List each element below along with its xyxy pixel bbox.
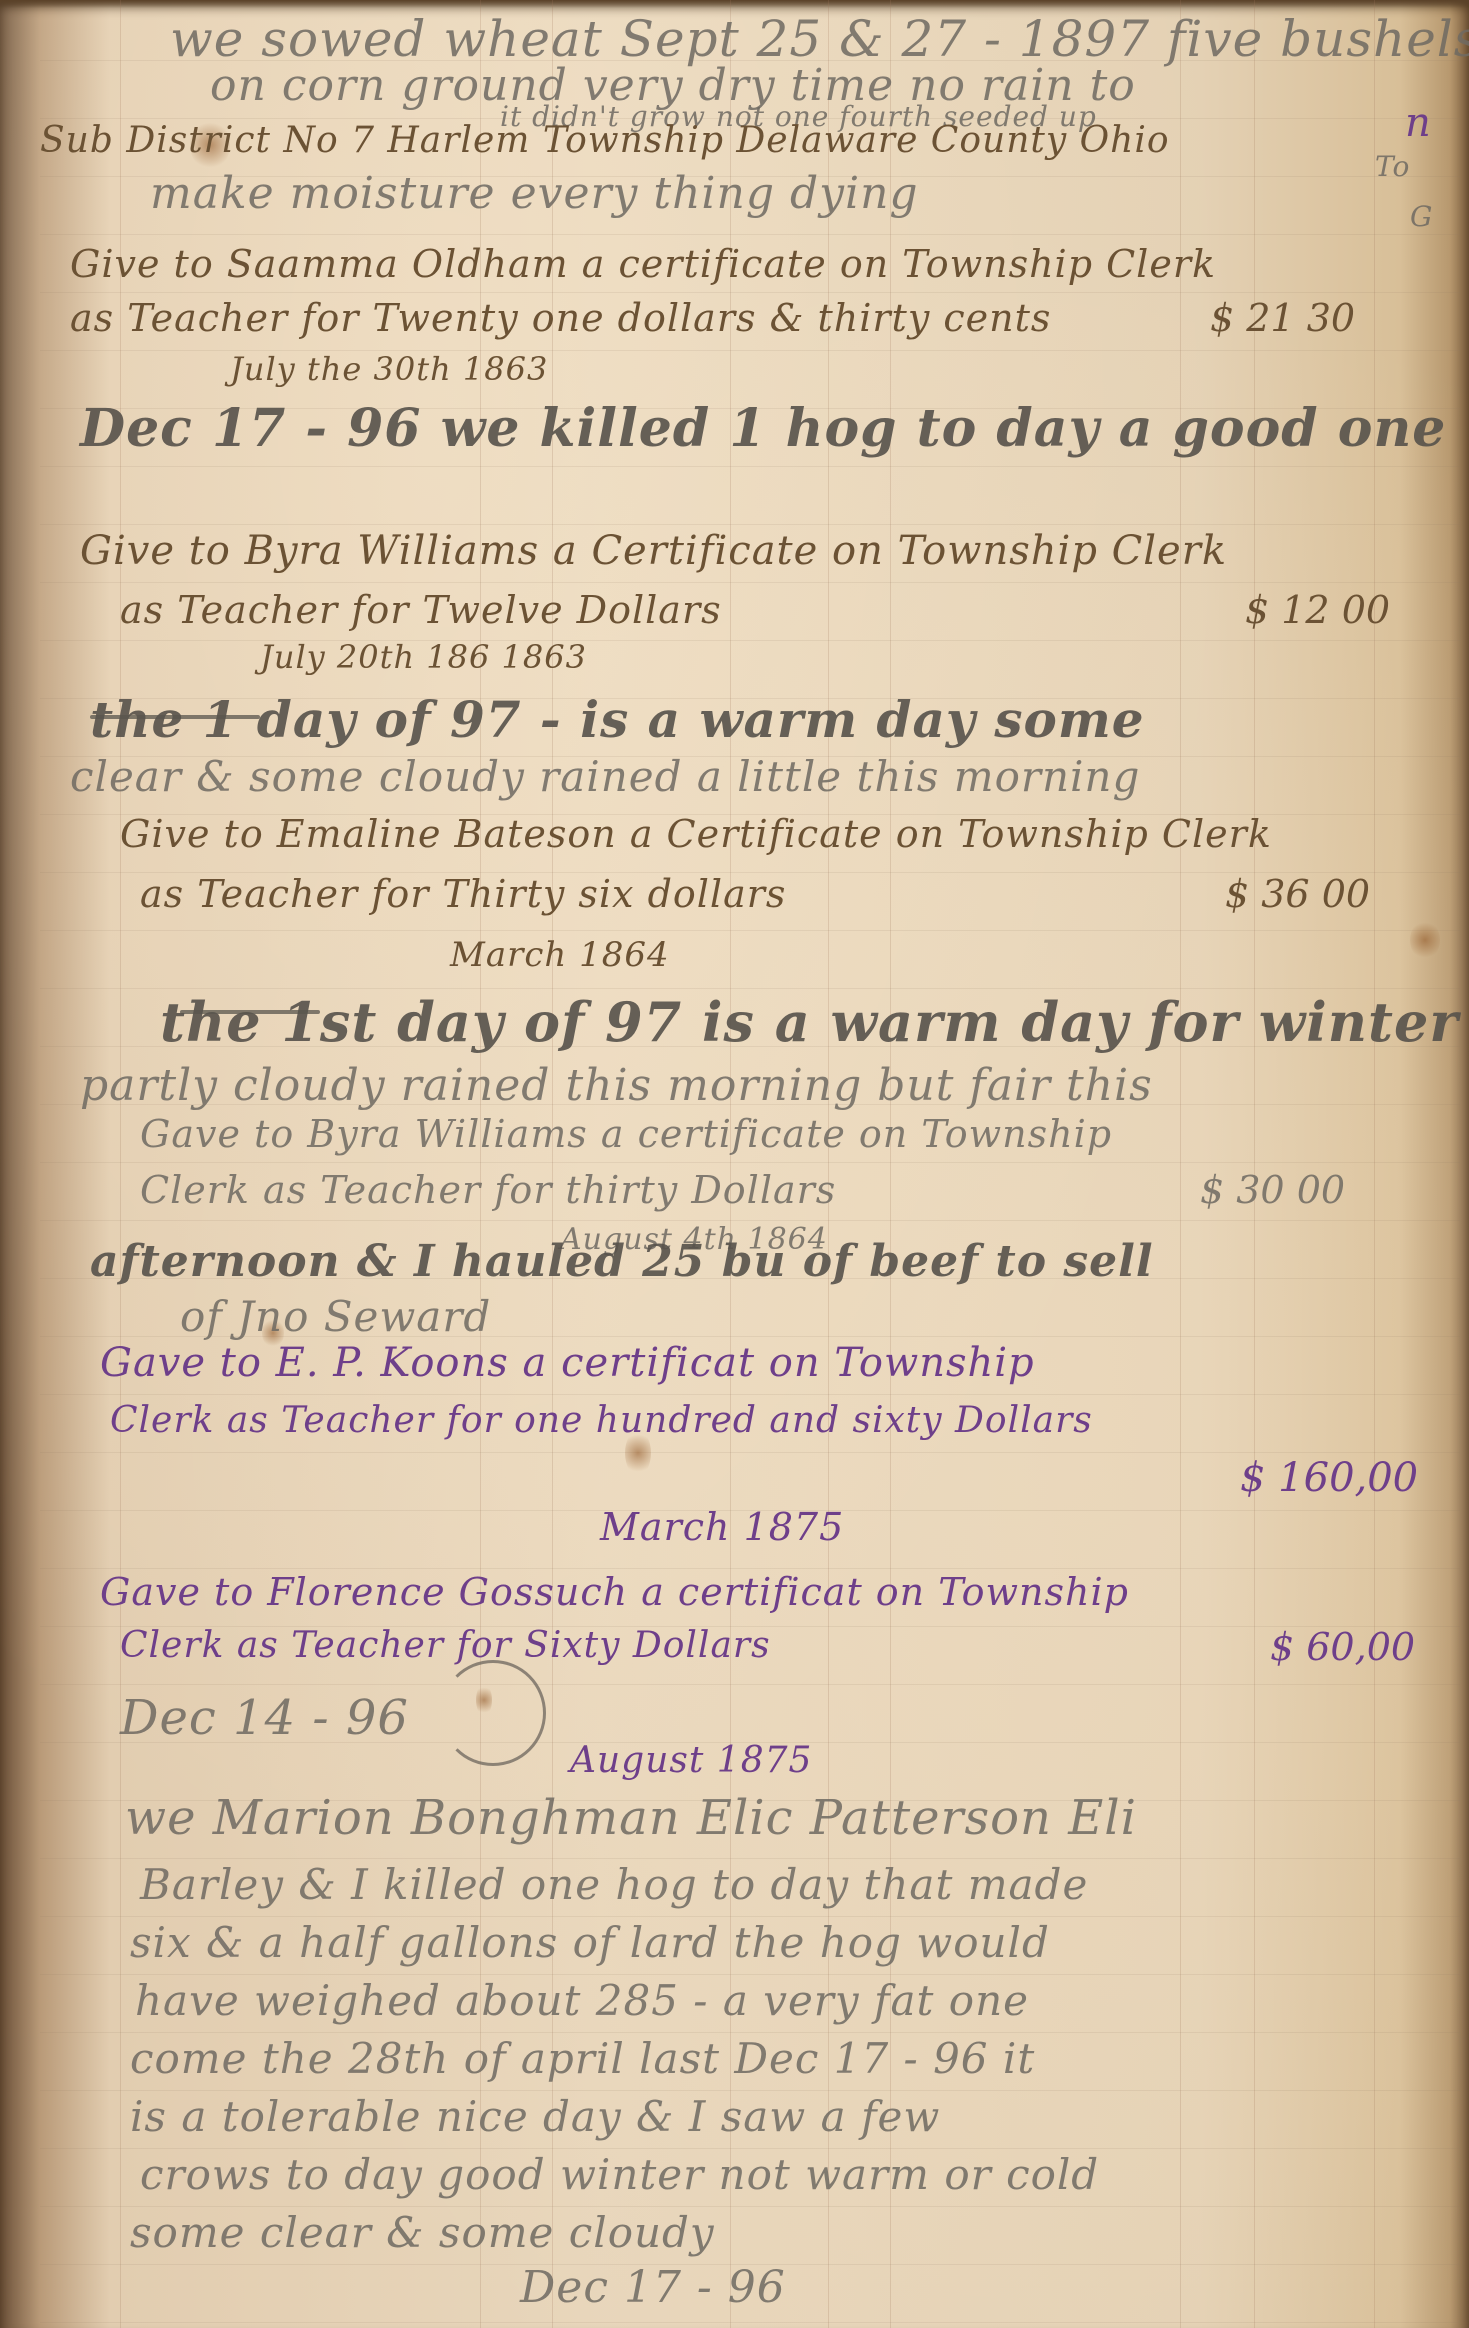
ruled-line xyxy=(40,1220,1460,1221)
ruled-line xyxy=(40,1452,1460,1453)
page-top-edge xyxy=(0,0,1469,8)
circle-mark xyxy=(440,1660,546,1766)
entry-line: partly cloudy rained this morning but fa… xyxy=(80,1060,1153,1111)
entry-line: Gave to Byra Williams a certificate on T… xyxy=(140,1112,1112,1156)
entry-line: as Teacher for Thirty six dollars xyxy=(140,872,786,916)
strike-through xyxy=(180,1010,320,1014)
entry-line: Dec 14 - 96 xyxy=(120,1690,409,1746)
ledger-page: we sowed wheat Sept 25 & 27 - 1897 five … xyxy=(0,0,1469,2328)
entry-line: Gave to Florence Gossuch a certificat on… xyxy=(100,1570,1129,1614)
entry-line: some clear & some cloudy xyxy=(130,2208,715,2257)
entry-amount: $ 36 00 xyxy=(1225,872,1370,916)
ruled-line xyxy=(40,2032,1460,2033)
entry-line: as Teacher for Twenty one dollars & thir… xyxy=(70,296,1051,340)
ruled-line xyxy=(40,1568,1460,1569)
entry-date: August 1875 xyxy=(570,1740,812,1781)
entry-line: clear & some cloudy rained a little this… xyxy=(70,752,1140,801)
entry-line: Clerk as Teacher for one hundred and six… xyxy=(110,1400,1093,1441)
entry-amount: $ 21 30 xyxy=(1210,296,1355,340)
entry-line: the 1st day of 97 is a warm day for wint… xyxy=(160,990,1459,1054)
ruled-line xyxy=(40,930,1460,931)
entry-line: we Marion Bonghman Elic Patterson Eli xyxy=(125,1790,1137,1846)
entry-line: is a tolerable nice day & I saw a few xyxy=(130,2092,940,2141)
ruled-line xyxy=(40,2206,1460,2207)
ruled-line xyxy=(40,582,1460,583)
entry-date: July 20th 186 1863 xyxy=(260,638,587,676)
stain xyxy=(1410,920,1440,960)
ruled-line xyxy=(40,2090,1460,2091)
entry-line: Give to Byra Williams a Certificate on T… xyxy=(80,528,1227,574)
entry-line: afternoon & I hauled 25 bu of beef to se… xyxy=(90,1236,1154,1287)
entry-amount: $ 160,00 xyxy=(1240,1455,1418,1501)
entry-line: as Teacher for Twelve Dollars xyxy=(120,588,722,632)
ruled-line xyxy=(40,1684,1460,1685)
entry-amount: $ 60,00 xyxy=(1270,1625,1415,1669)
entry-line: Gave to E. P. Koons a certificat on Town… xyxy=(100,1340,1035,1386)
entry-amount: $ 30 00 xyxy=(1200,1168,1345,1212)
ruled-line xyxy=(40,1858,1460,1859)
ruled-line xyxy=(40,1974,1460,1975)
ruled-line xyxy=(40,1162,1460,1163)
ruled-line xyxy=(40,2322,1460,2323)
ruled-line xyxy=(40,988,1460,989)
margin-mark: G xyxy=(1410,200,1433,233)
entry-line: Give to Emaline Bateson a Certificate on… xyxy=(120,812,1272,856)
entry-line: have weighed about 285 - a very fat one xyxy=(135,1976,1029,2025)
entry-line: Dec 17 - 96 we killed 1 hog to day a goo… xyxy=(80,398,1446,459)
entry-line: Barley & I killed one hog to day that ma… xyxy=(140,1860,1088,1909)
entry-line: Give to Saamma Oldham a certificate on T… xyxy=(70,242,1216,286)
ruled-line xyxy=(40,2148,1460,2149)
entry-line: make moisture every thing dying xyxy=(150,168,919,219)
entry-line: six & a half gallons of lard the hog wou… xyxy=(130,1918,1050,1967)
ruled-line xyxy=(40,524,1460,525)
entry-line: come the 28th of april last Dec 17 - 96 … xyxy=(130,2034,1035,2083)
entry-date: July the 30th 1863 xyxy=(230,350,548,388)
ruled-line xyxy=(40,234,1460,235)
strike-through xyxy=(90,715,260,719)
entry-line: Clerk as Teacher for thirty Dollars xyxy=(140,1168,836,1212)
entry-line: the 1 day of 97 - is a warm day some xyxy=(90,690,1145,749)
margin-mark: n xyxy=(1405,100,1432,146)
signature-date: Dec 17 - 96 xyxy=(520,2262,786,2313)
margin-mark: To xyxy=(1375,150,1410,183)
entry-amount: $ 12 00 xyxy=(1245,588,1390,632)
entry-line: Clerk as Teacher for Sixty Dollars xyxy=(120,1625,771,1666)
ruled-line xyxy=(40,1394,1460,1395)
entry-line: of Jno Seward xyxy=(180,1292,491,1341)
ruled-line xyxy=(40,1916,1460,1917)
entry-line: crows to day good winter not warm or col… xyxy=(140,2150,1099,2199)
entry-date: March 1875 xyxy=(600,1505,844,1549)
ruled-line xyxy=(40,292,1460,293)
ruled-line xyxy=(40,466,1460,467)
district-header: Sub District No 7 Harlem Township Delawa… xyxy=(40,120,1170,161)
ruled-line xyxy=(40,640,1460,641)
entry-date: March 1864 xyxy=(450,935,670,975)
